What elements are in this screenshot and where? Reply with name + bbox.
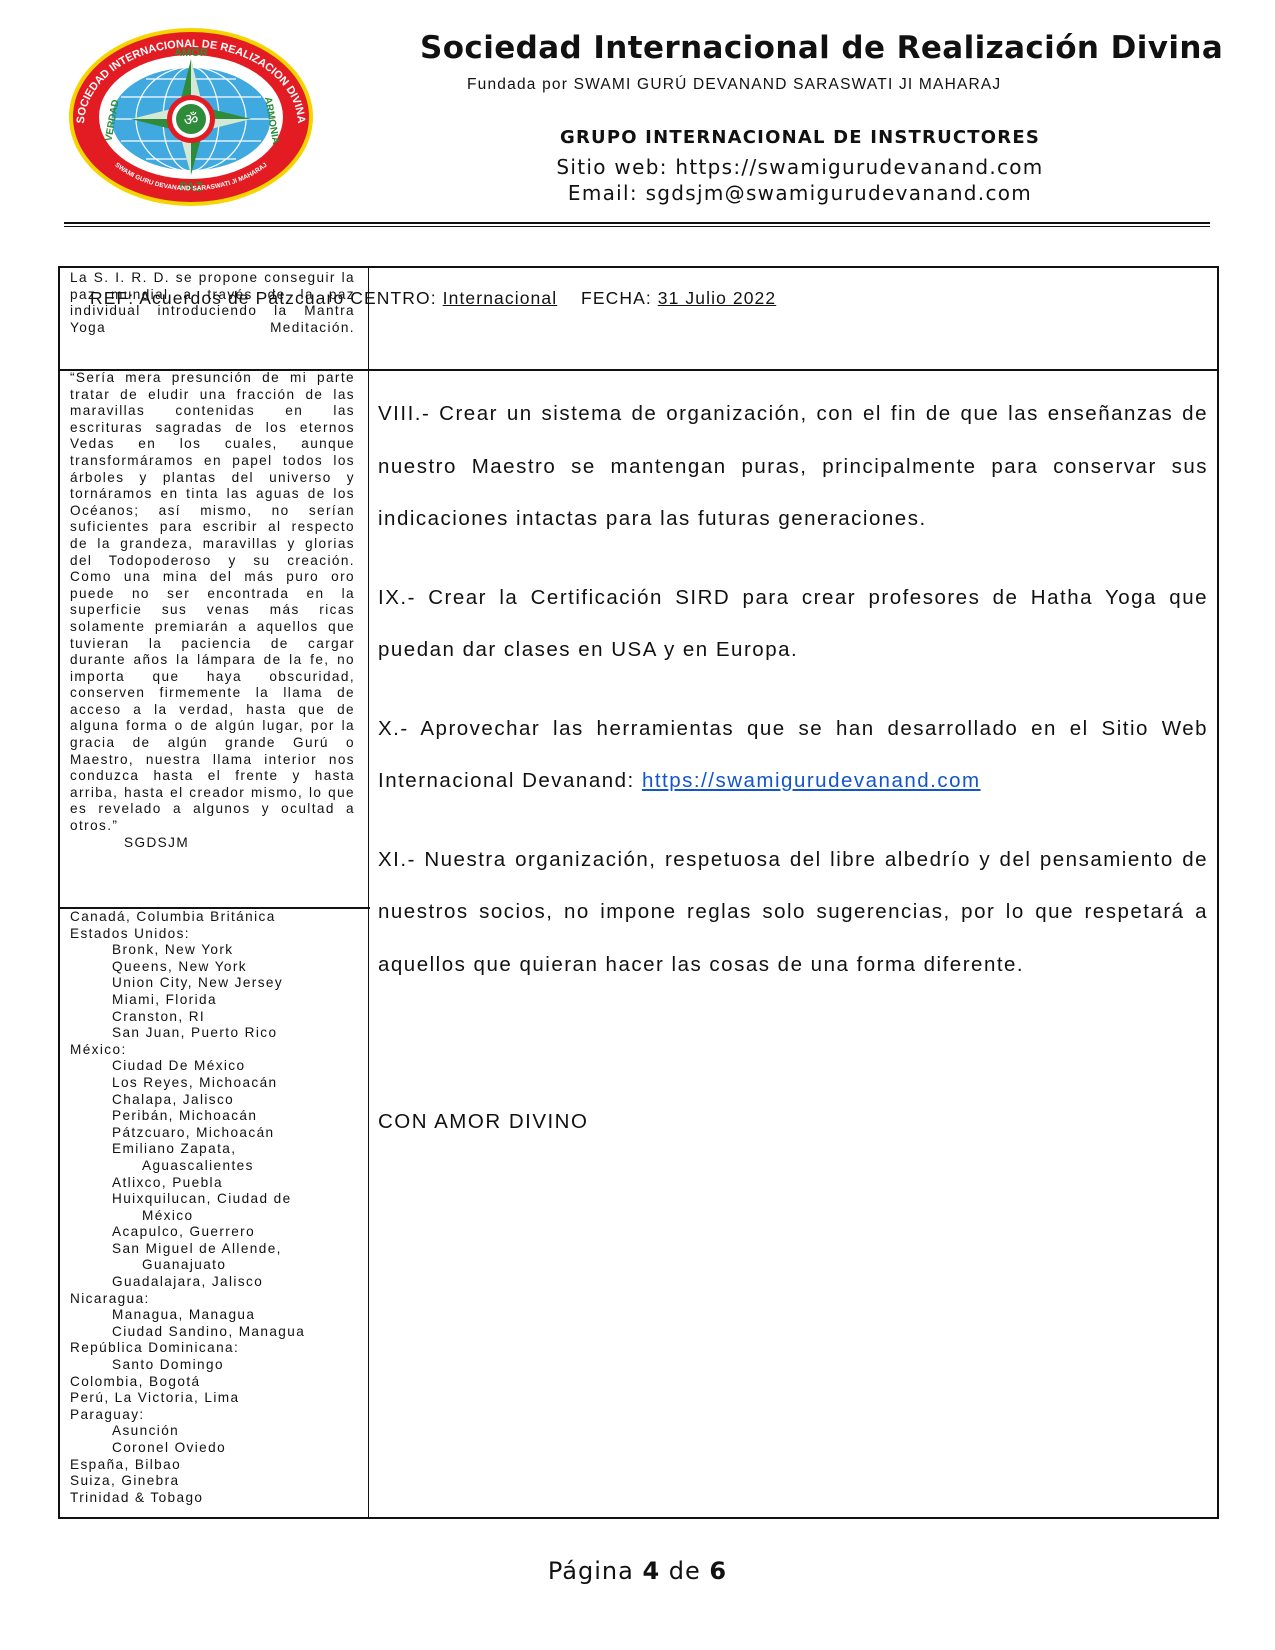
location-item: Nicaragua:: [70, 1291, 355, 1308]
quote-block: “Sería mera presunción de mi parte trata…: [70, 370, 355, 851]
quote-text: “Sería mera presunción de mi parte trata…: [70, 370, 355, 835]
header-divider: [64, 222, 1210, 227]
location-item: Miami, Florida: [70, 992, 355, 1009]
page-number: Página 4 de 6: [0, 1557, 1275, 1585]
location-item: Santo Domingo: [70, 1357, 355, 1374]
location-item: Emiliano Zapata,: [70, 1141, 355, 1158]
agreements-body: VIII.- Crear un sistema de organización,…: [378, 388, 1208, 1149]
website-link[interactable]: https://swamigurudevanand.com: [642, 769, 981, 792]
location-item: Canadá, Columbia Británica: [70, 909, 355, 926]
location-item: San Miguel de Allende,: [70, 1241, 355, 1258]
agreement-ix: IX.- Crear la Certificación SIRD para cr…: [378, 572, 1208, 677]
location-item: Bronk, New York: [70, 942, 355, 959]
column-divider: [368, 268, 369, 1517]
location-item: Trinidad & Tobago: [70, 1490, 355, 1507]
location-item: Pátzcuaro, Michoacán: [70, 1125, 355, 1142]
location-item: Aguascalientes: [70, 1158, 355, 1175]
website-line: Sitio web: https://swamigurudevanand.com: [420, 155, 1180, 179]
location-item: Cranston, RI: [70, 1009, 355, 1026]
location-item: Queens, New York: [70, 959, 355, 976]
reference-line: REF: Acuerdos de Pátzcuaro CENTRO: Inter…: [90, 288, 776, 309]
location-item: Huixquilucan, Ciudad de: [70, 1191, 355, 1208]
location-item: México: [70, 1208, 355, 1225]
of-label: de: [669, 1557, 701, 1585]
location-item: Perú, La Victoria, Lima: [70, 1390, 355, 1407]
agreement-x: X.- Aprovechar las herramientas que se h…: [378, 703, 1208, 808]
location-item: Coronel Oviedo: [70, 1440, 355, 1457]
agreement-viii: VIII.- Crear un sistema de organización,…: [378, 388, 1208, 546]
location-item: Los Reyes, Michoacán: [70, 1075, 355, 1092]
quote-author: SGDSJM: [70, 835, 355, 852]
page-total: 6: [709, 1557, 727, 1585]
location-item: Paraguay:: [70, 1407, 355, 1424]
location-item: Managua, Managua: [70, 1307, 355, 1324]
organization-emblem-icon: ॐ AMOR PAZ VERDAD ARMONIA SOCIEDAD INTER…: [66, 25, 316, 210]
page-label: Página: [548, 1557, 634, 1585]
location-item: Suiza, Ginebra: [70, 1473, 355, 1490]
ref-value: Acuerdos de Pátzcuaro: [139, 288, 344, 308]
location-item: Atlixco, Puebla: [70, 1175, 355, 1192]
centro-label: CENTRO:: [350, 288, 436, 308]
svg-text:ॐ: ॐ: [184, 110, 199, 129]
fecha-label: FECHA:: [581, 288, 652, 308]
centro-value: Internacional: [443, 288, 558, 308]
organization-title: Sociedad Internacional de Realización Di…: [420, 30, 1220, 66]
location-item: España, Bilbao: [70, 1457, 355, 1474]
group-title: GRUPO INTERNACIONAL DE INSTRUCTORES: [420, 127, 1180, 148]
location-item: México:: [70, 1042, 355, 1059]
location-item: Acapulco, Guerrero: [70, 1224, 355, 1241]
location-item: República Dominicana:: [70, 1340, 355, 1357]
location-item: Guanajuato: [70, 1257, 355, 1274]
location-item: Union City, New Jersey: [70, 975, 355, 992]
fecha-value: 31 Julio 2022: [658, 288, 776, 308]
location-item: Asunción: [70, 1423, 355, 1440]
location-item: Guadalajara, Jalisco: [70, 1274, 355, 1291]
location-item: Estados Unidos:: [70, 926, 355, 943]
closing-line: CON AMOR DIVINO: [378, 1096, 1208, 1149]
founder-line: Fundada por SWAMI GURÚ DEVANAND SARASWAT…: [467, 76, 1001, 94]
ref-label: REF:: [90, 288, 134, 308]
location-item: Ciudad Sandino, Managua: [70, 1324, 355, 1341]
location-item: Chalapa, Jalisco: [70, 1092, 355, 1109]
location-item: San Juan, Puerto Rico: [70, 1025, 355, 1042]
location-item: Ciudad De México: [70, 1058, 355, 1075]
location-item: Colombia, Bogotá: [70, 1374, 355, 1391]
location-item: Peribán, Michoacán: [70, 1108, 355, 1125]
content-table: La S. I. R. D. se propone conseguir la p…: [58, 266, 1219, 1519]
locations-list: Canadá, Columbia BritánicaEstados Unidos…: [70, 909, 355, 1506]
page-current: 4: [642, 1557, 660, 1585]
email-line: Email: sgdsjm@swamigurudevanand.com: [420, 181, 1180, 205]
agreement-xi: XI.- Nuestra organización, respetuosa de…: [378, 834, 1208, 992]
